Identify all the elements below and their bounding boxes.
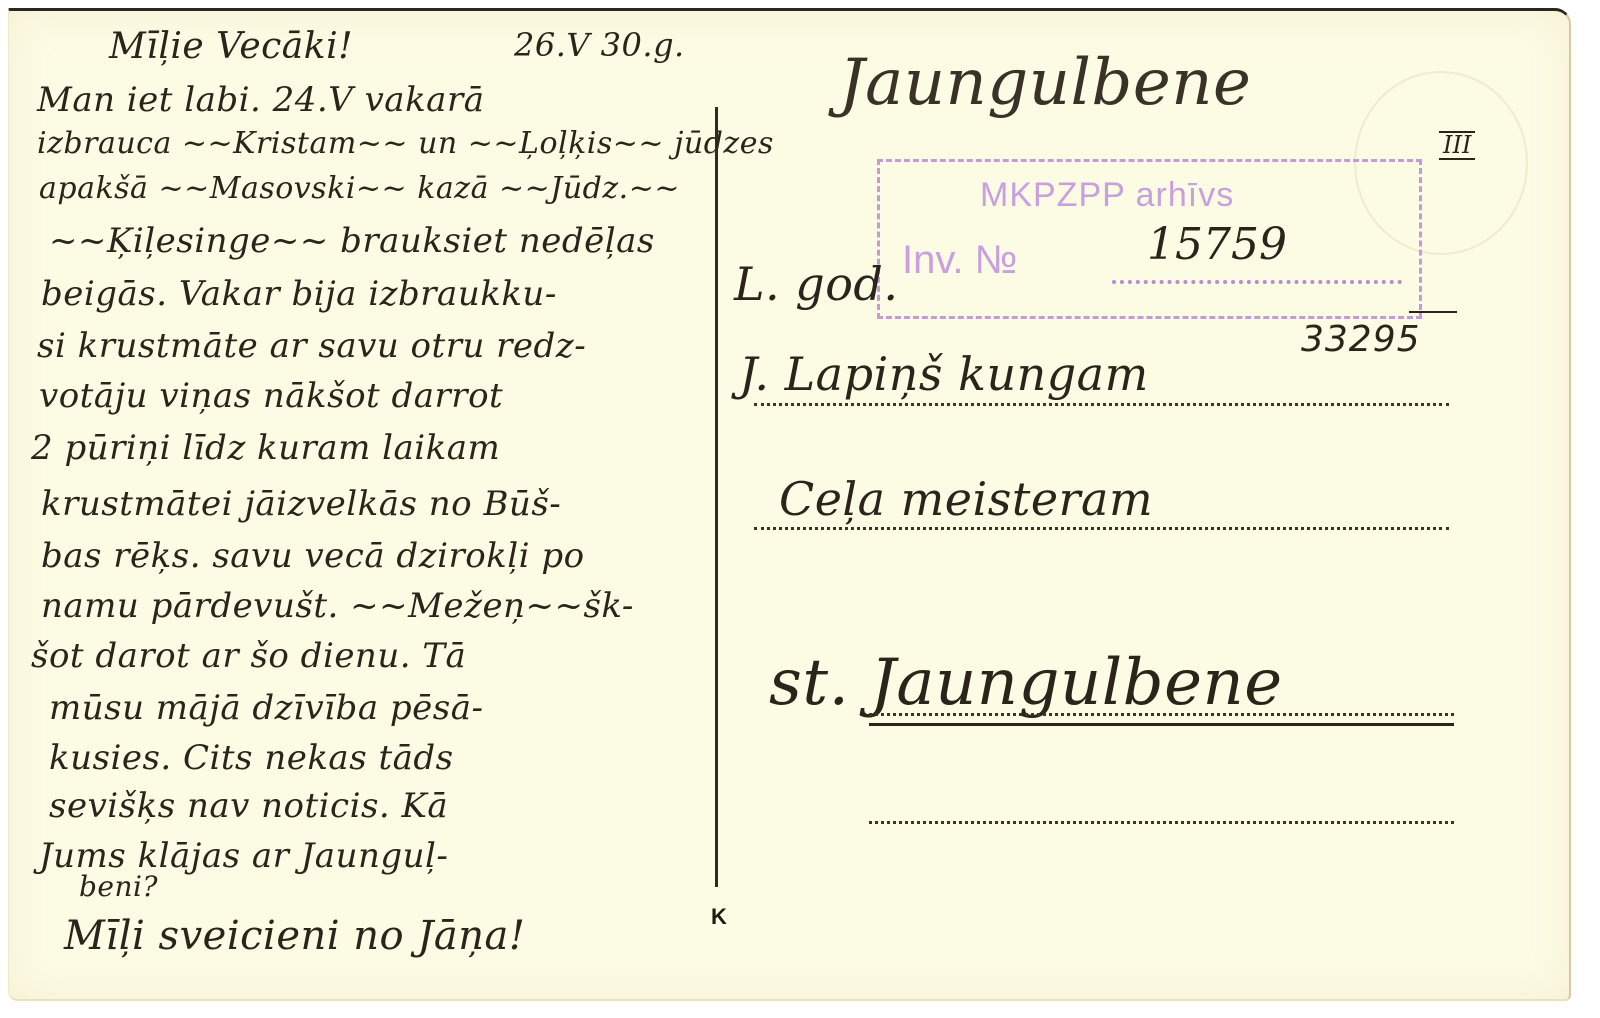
printed-mark: K: [711, 904, 727, 930]
message-line: apakšā ~~Masovski~~ kazā ~~Jūdz.~~: [39, 174, 680, 204]
message-line: beigās. Vakar bija izbraukku-: [41, 277, 557, 311]
address-line-4: [869, 821, 1454, 824]
message-line: Jums klājas ar Jaunguļ-: [39, 839, 448, 873]
archive-stamp-dotted-line: [1112, 280, 1402, 284]
message-line: 2 pūriņi līdz kuram laikam: [31, 431, 500, 465]
message-line: sevišķs nav noticis. Kā: [49, 789, 448, 823]
top-place-note: Jaungulbene: [839, 51, 1251, 115]
destination-station: st. Jaungulbene: [769, 651, 1283, 715]
class-mark: III: [1439, 131, 1475, 160]
postcard: Mīļie Vecāki! 26.V 30.g. Man iet labi. 2…: [8, 8, 1571, 1001]
inventory-number: 15759: [1147, 219, 1287, 270]
address-line-1: [754, 403, 1449, 406]
message-line: beni?: [79, 873, 158, 901]
message-line: krustmātei jāizvelkās no Būš-: [41, 487, 561, 521]
recipient-title: Ceļa meisteram: [779, 476, 1153, 522]
message-line: namu pārdevušt. ~~Mežeņ~~šk-: [41, 589, 634, 623]
vertical-divider: [715, 107, 718, 887]
address-line-2: [754, 527, 1449, 530]
letter-date: 26.V 30.g.: [514, 29, 685, 61]
address-line-3: [869, 713, 1454, 716]
message-line: mūsu mājā dzīvība pēsā-: [49, 691, 484, 725]
archive-stamp-title: MKPZPP arhīvs: [980, 176, 1234, 215]
message-line: bas rēķs. savu vecā dzirokļi po: [41, 539, 585, 573]
message-line: si krustmāte ar savu otru redz-: [37, 329, 586, 363]
message-line: Man iet labi. 24.V vakarā: [37, 83, 484, 117]
salutation: L. god.: [734, 261, 899, 307]
message-line: ~~Ķiļesinge~~ brauksiet nedēļas: [49, 224, 655, 258]
message-line: izbrauca ~~Kristam~~ un ~~Ļoļķis~~ jūdze…: [37, 129, 774, 159]
reference-dash: [1409, 311, 1457, 313]
reference-number: 33295: [1301, 319, 1421, 360]
message-line: šot darot ar šo dienu. Tā: [31, 639, 466, 673]
greeting: Mīļie Vecāki!: [109, 29, 353, 65]
message-line: kusies. Cits nekas tāds: [49, 741, 454, 775]
recipient-name: J. Lapiņš kungam: [739, 351, 1149, 397]
archive-stamp-inv-label: Inv. №: [902, 238, 1018, 283]
closing-signature: Mīļi sveicieni no Jāņa!: [64, 916, 525, 956]
address-underline: [869, 723, 1454, 726]
message-line: votāju viņas nākšot darrot: [39, 379, 503, 413]
